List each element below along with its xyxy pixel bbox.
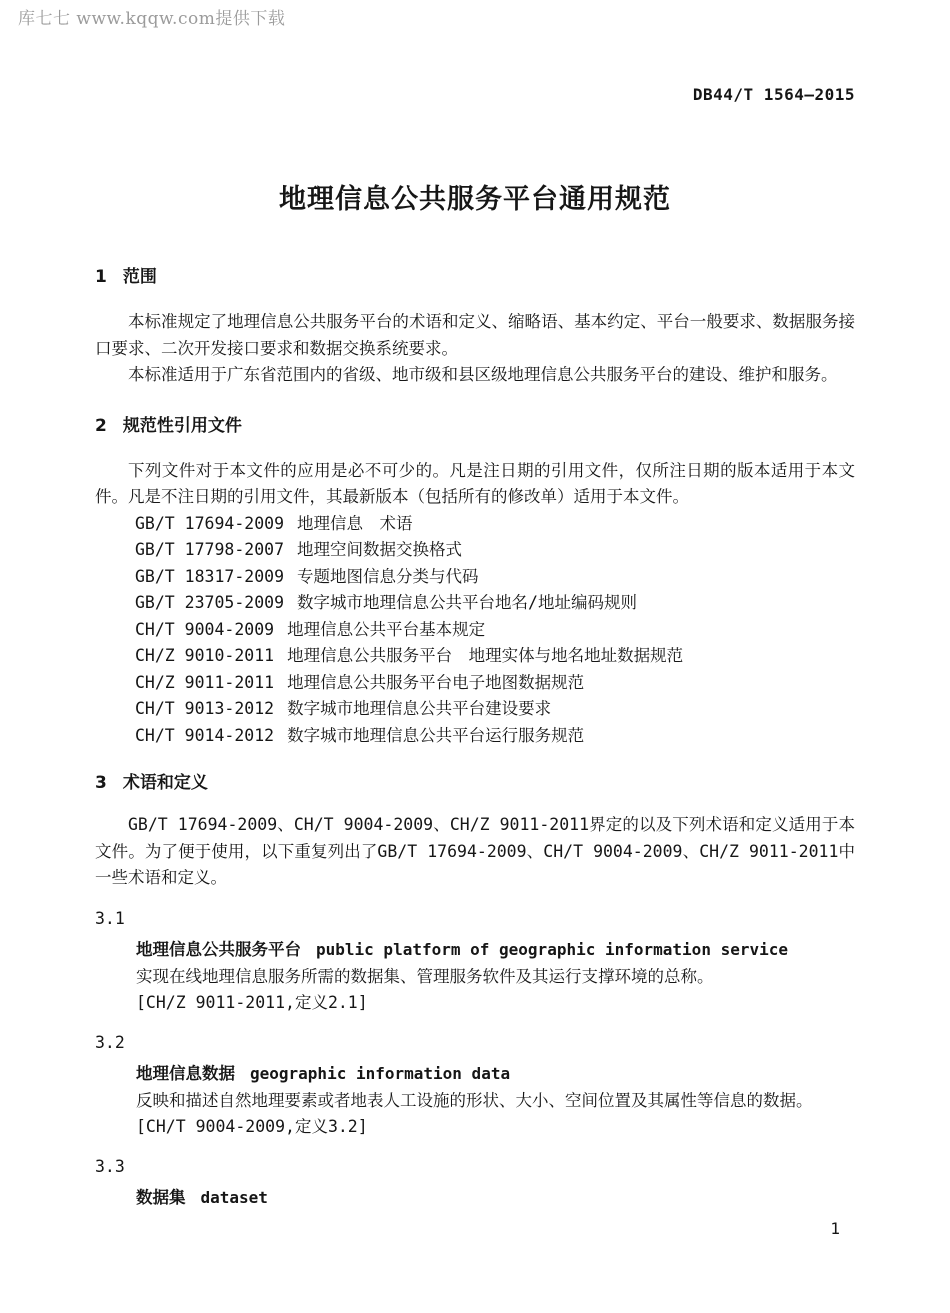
- term-name-en: geographic information data: [250, 1064, 510, 1083]
- reference-item: GB/T 23705-2009数字城市地理信息公共平台地名/地址编码规则: [135, 590, 855, 617]
- term-number: 3.3: [95, 1154, 855, 1181]
- reference-title: 数字城市地理信息公共平台地名/地址编码规则: [297, 593, 637, 612]
- reference-title: 地理空间数据交换格式: [297, 540, 462, 559]
- reference-code: GB/T 23705-2009: [135, 593, 284, 612]
- normative-references-list: GB/T 17694-2009地理信息 术语 GB/T 17798-2007地理…: [95, 511, 855, 750]
- reference-title: 数字城市地理信息公共平台建设要求: [287, 699, 551, 718]
- term-source: [CH/Z 9011-2011,定义2.1]: [95, 990, 855, 1017]
- section-2-heading: 2规范性引用文件: [95, 414, 855, 438]
- term-number: 3.2: [95, 1030, 855, 1057]
- term-block-3-1: 3.1 地理信息公共服务平台public platform of geograp…: [95, 906, 855, 1017]
- reference-title: 数字城市地理信息公共平台运行服务规范: [287, 726, 584, 745]
- section-1-paragraph-1: 本标准规定了地理信息公共服务平台的术语和定义、缩略语、基本约定、平台一般要求、数…: [95, 309, 855, 362]
- term-name-en: dataset: [201, 1188, 268, 1207]
- section-1-paragraph-2: 本标准适用于广东省范围内的省级、地市级和县区级地理信息公共服务平台的建设、维护和…: [95, 362, 855, 389]
- section-1-heading: 1范围: [95, 265, 855, 289]
- term-definition: 实现在线地理信息服务所需的数据集、管理服务软件及其运行支撑环境的总称。: [95, 964, 855, 991]
- section-1-label: 范围: [123, 267, 157, 287]
- document-page: 库七七 www.kqqw.com提供下载 DB44/T 1564—2015 地理…: [0, 0, 950, 1313]
- reference-item: CH/Z 9011-2011地理信息公共服务平台电子地图数据规范: [135, 670, 855, 697]
- reference-code: CH/Z 9010-2011: [135, 646, 274, 665]
- reference-code: GB/T 17798-2007: [135, 540, 284, 559]
- term-title-line: 地理信息公共服务平台public platform of geographic …: [95, 937, 855, 964]
- reference-item: CH/T 9004-2009地理信息公共平台基本规定: [135, 617, 855, 644]
- term-title-line: 数据集dataset: [95, 1185, 855, 1212]
- page-number: 1: [830, 1219, 840, 1239]
- term-block-3-2: 3.2 地理信息数据geographic information data 反映…: [95, 1030, 855, 1141]
- term-block-3-3: 3.3 数据集dataset: [95, 1154, 855, 1212]
- reference-code: GB/T 18317-2009: [135, 567, 284, 586]
- term-name-en: public platform of geographic informatio…: [316, 940, 788, 959]
- reference-title: 地理信息 术语: [297, 514, 413, 533]
- reference-code: CH/T 9004-2009: [135, 620, 274, 639]
- term-title-line: 地理信息数据geographic information data: [95, 1061, 855, 1088]
- reference-code: GB/T 17694-2009: [135, 514, 284, 533]
- term-source: [CH/T 9004-2009,定义3.2]: [95, 1114, 855, 1141]
- section-2-number: 2: [95, 416, 107, 436]
- reference-code: CH/T 9014-2012: [135, 726, 274, 745]
- reference-item: CH/T 9014-2012数字城市地理信息公共平台运行服务规范: [135, 723, 855, 750]
- reference-title: 专题地图信息分类与代码: [297, 567, 479, 586]
- section-3-label: 术语和定义: [123, 773, 208, 793]
- reference-title: 地理信息公共平台基本规定: [287, 620, 485, 639]
- reference-code: CH/T 9013-2012: [135, 699, 274, 718]
- term-name-zh: 数据集: [136, 1188, 186, 1207]
- reference-item: CH/T 9013-2012数字城市地理信息公共平台建设要求: [135, 696, 855, 723]
- reference-item: GB/T 17798-2007地理空间数据交换格式: [135, 537, 855, 564]
- watermark-text: 库七七 www.kqqw.com提供下载: [18, 8, 285, 30]
- reference-title: 地理信息公共服务平台电子地图数据规范: [287, 673, 584, 692]
- page-content: DB44/T 1564—2015 地理信息公共服务平台通用规范 1范围 本标准规…: [0, 0, 950, 1212]
- reference-code: CH/Z 9011-2011: [135, 673, 274, 692]
- section-1-number: 1: [95, 267, 107, 287]
- reference-item: CH/Z 9010-2011地理信息公共服务平台 地理实体与地名地址数据规范: [135, 643, 855, 670]
- term-definition: 反映和描述自然地理要素或者地表人工设施的形状、大小、空间位置及其属性等信息的数据…: [95, 1088, 855, 1115]
- term-name-zh: 地理信息公共服务平台: [136, 940, 301, 959]
- section-2-paragraph-1: 下列文件对于本文件的应用是必不可少的。凡是注日期的引用文件，仅所注日期的版本适用…: [95, 458, 855, 511]
- term-name-zh: 地理信息数据: [136, 1064, 235, 1083]
- reference-item: GB/T 17694-2009地理信息 术语: [135, 511, 855, 538]
- section-2-label: 规范性引用文件: [123, 416, 242, 436]
- doc-number: DB44/T 1564—2015: [95, 85, 855, 104]
- reference-item: GB/T 18317-2009专题地图信息分类与代码: [135, 564, 855, 591]
- section-3-heading: 3术语和定义: [95, 771, 855, 795]
- reference-title: 地理信息公共服务平台 地理实体与地名地址数据规范: [287, 646, 683, 665]
- page-title: 地理信息公共服务平台通用规范: [95, 184, 855, 216]
- section-3-paragraph-1: GB/T 17694-2009、CH/T 9004-2009、CH/Z 9011…: [95, 812, 855, 892]
- section-3-number: 3: [95, 773, 107, 793]
- term-number: 3.1: [95, 906, 855, 933]
